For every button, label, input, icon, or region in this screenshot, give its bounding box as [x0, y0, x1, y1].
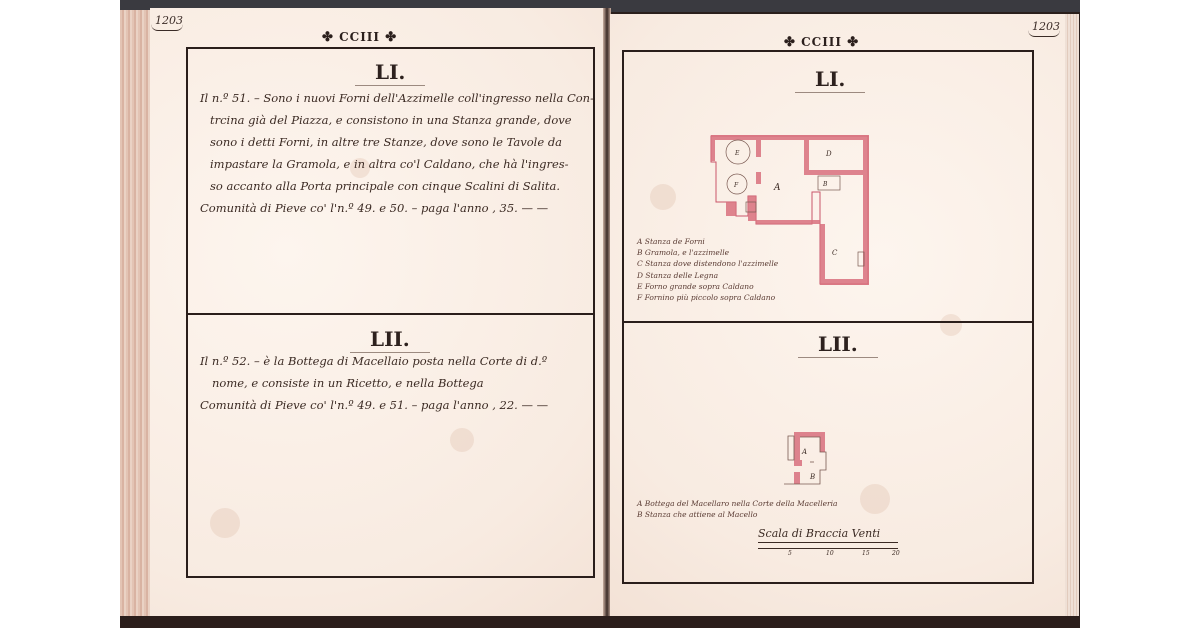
floor-plan-LII-icon: A B — [784, 432, 844, 492]
section-title-LII-left: LII. — [370, 327, 410, 351]
fleuron-ornament-icon: ✤ — [385, 30, 397, 45]
running-head-label: CCIII — [801, 35, 842, 49]
text-line: Il n.º 51. – Sono i nuovi Forni dell'Azz… — [200, 87, 594, 109]
scale-ticks: 5 10 15 20 — [758, 549, 898, 559]
section-LI-description: Il n.º 51. – Sono i nuovi Forni dell'Azz… — [200, 87, 594, 219]
running-head-right: ✤ CCIII ✤ — [784, 35, 859, 50]
folio-number-right: 1203 — [1032, 20, 1060, 33]
plan-label-B: B — [822, 181, 828, 188]
scale-tick: 10 — [826, 550, 834, 557]
legend-item: B Stanza che attiene al Macello — [637, 509, 838, 520]
running-head-label: CCIII — [339, 30, 380, 44]
section-divider — [188, 313, 593, 315]
plan-label-B: B — [809, 473, 815, 481]
scale-bar: Scala di Braccia Venti 5 10 15 20 — [758, 527, 898, 559]
plan-label-C: C — [832, 249, 838, 257]
scale-tick: 20 — [892, 550, 900, 557]
legend-item: A Stanza de Forni — [637, 236, 778, 247]
section-divider — [624, 321, 1032, 323]
legend-item: E Forno grande sopra Caldano — [637, 281, 778, 292]
text-line: impastare la Gramola, e in altra co'l Ca… — [200, 153, 594, 175]
plan-label-A: A — [773, 183, 781, 193]
legend-item: A Bottega del Macellaro nella Corte dell… — [637, 498, 838, 509]
plan-LII-legend: A Bottega del Macellaro nella Corte dell… — [637, 498, 838, 520]
plan-LI-legend: A Stanza de Forni B Gramola, e l'azzimel… — [637, 236, 778, 303]
scale-tick: 15 — [862, 550, 870, 557]
fleuron-ornament-icon: ✤ — [784, 35, 796, 50]
text-line: Comunità di Pieve co' l'n.º 49. e 50. – … — [200, 197, 594, 219]
scale-tick: 5 — [788, 550, 792, 557]
text-line: so accanto alla Porta principale con cin… — [200, 175, 594, 197]
legend-item: D Stanza delle Legna — [637, 270, 778, 281]
legend-item: F Fornino più piccolo sopra Caldano — [637, 292, 778, 303]
section-title-LI-left: LI. — [375, 60, 405, 84]
text-line: Comunità di Pieve co' l'n.º 49. e 51. – … — [200, 394, 548, 416]
legend-item: B Gramola, e l'azzimelle — [637, 247, 778, 258]
section-title-LI-right: LI. — [815, 67, 845, 91]
plan-label-D: D — [825, 150, 832, 158]
page-block-edge-right — [1065, 14, 1079, 618]
plan-label-A: A — [801, 448, 807, 456]
text-line: sono i detti Forni, in altre tre Stanze,… — [200, 131, 594, 153]
plan-label-F: F — [733, 182, 739, 189]
scale-label: Scala di Braccia Venti — [758, 527, 898, 540]
text-line: nome, e consiste in un Ricetto, e nella … — [200, 372, 548, 394]
section-LII-description: Il n.º 52. – è la Bottega di Macellaio p… — [200, 350, 548, 416]
running-head-left: ✤ CCIII ✤ — [322, 30, 397, 45]
section-title-LII-right: LII. — [818, 332, 858, 356]
plan-label-E: E — [734, 150, 740, 157]
text-line: trcina già del Piazza, e consistono in u… — [200, 109, 594, 131]
book-bottom-edge — [120, 616, 1080, 628]
folio-number-left: 1203 — [155, 14, 183, 27]
legend-item: C Stanza dove distendono l'azzimelle — [637, 258, 778, 269]
fleuron-ornament-icon: ✤ — [847, 35, 859, 50]
fleuron-ornament-icon: ✤ — [322, 30, 334, 45]
scale-bar-graphic — [758, 542, 898, 549]
text-line: Il n.º 52. – è la Bottega di Macellaio p… — [200, 350, 548, 372]
